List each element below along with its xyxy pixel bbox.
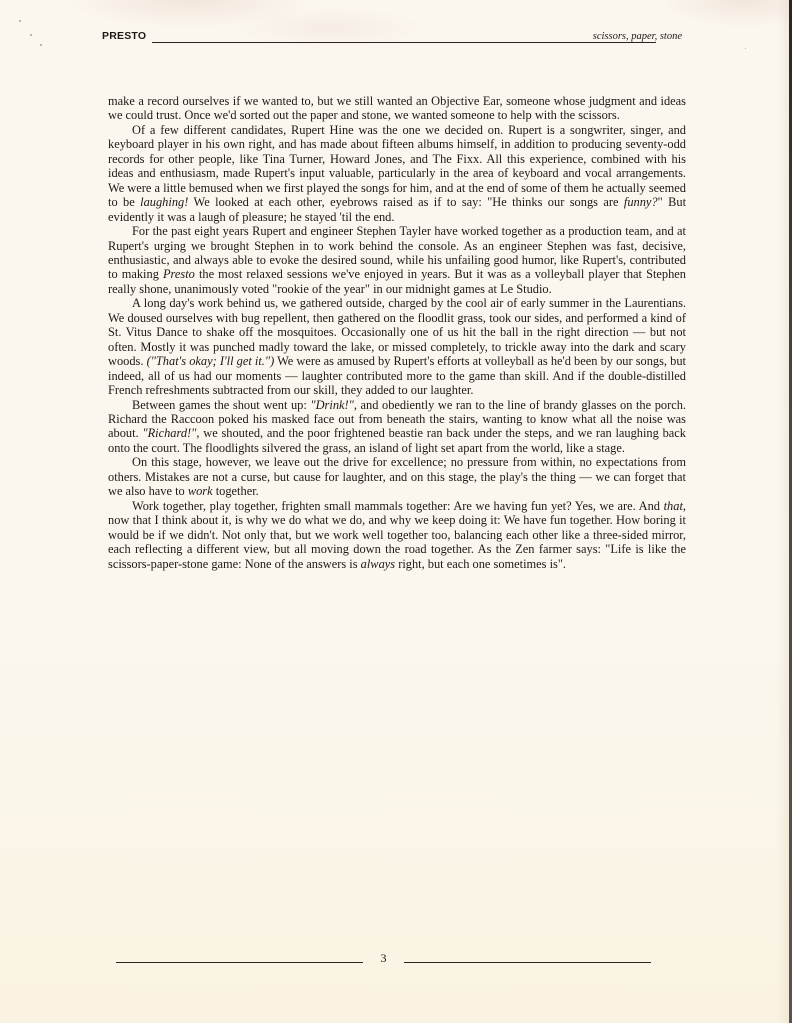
emphasis-text: "Richard!" [142,426,196,440]
paragraph-text: make a record ourselves if we wanted to,… [108,94,686,122]
emphasis-text: that [664,499,683,513]
emphasis-text: "Drink!" [310,398,353,412]
article-paragraph: Of a few different candidates, Rupert Hi… [108,123,686,224]
paper-speck [40,44,42,46]
header-rule [152,42,656,43]
emphasis-text: work [188,484,213,498]
page-number: 3 [116,951,651,966]
paragraph-text: right, but each one sometimes is". [395,557,566,571]
paper-speck [19,20,21,22]
emphasis-text: always [361,557,395,571]
emphasis-text: ("That's okay; I'll get it.") [147,354,275,368]
paragraph-text: together. [213,484,259,498]
article-paragraph: Work together, play together, frighten s… [108,499,686,571]
article-paragraph: A long day's work behind us, we gathered… [108,296,686,397]
article-paragraph: On this stage, however, we leave out the… [108,455,686,498]
section-title: scissors, paper, stone [593,31,682,42]
paragraph-text: Between games the shout went up: [132,398,310,412]
publication-title: PRESTO [102,30,146,42]
paper-speck [30,34,32,36]
page-footer: 3 [116,951,651,967]
article-body: make a record ourselves if we wanted to,… [108,94,686,571]
paper-speck [745,48,746,49]
article-paragraph: For the past eight years Rupert and engi… [108,224,686,296]
article-paragraph: make a record ourselves if we wanted to,… [108,94,686,123]
running-header: PRESTO scissors, paper, stone [102,30,674,46]
paragraph-text: Work together, play together, frighten s… [132,499,664,513]
emphasis-text: Presto [163,267,195,281]
emphasis-text: laughing! [140,195,188,209]
article-paragraph: Between games the shout went up: "Drink!… [108,398,686,456]
emphasis-text: funny? [624,195,658,209]
footer-rule-right [404,962,651,963]
page-edge-shadow [777,0,789,1023]
paragraph-text: the most relaxed sessions we've enjoyed … [108,267,686,295]
paragraph-text: We looked at each other, eyebrows raised… [188,195,624,209]
